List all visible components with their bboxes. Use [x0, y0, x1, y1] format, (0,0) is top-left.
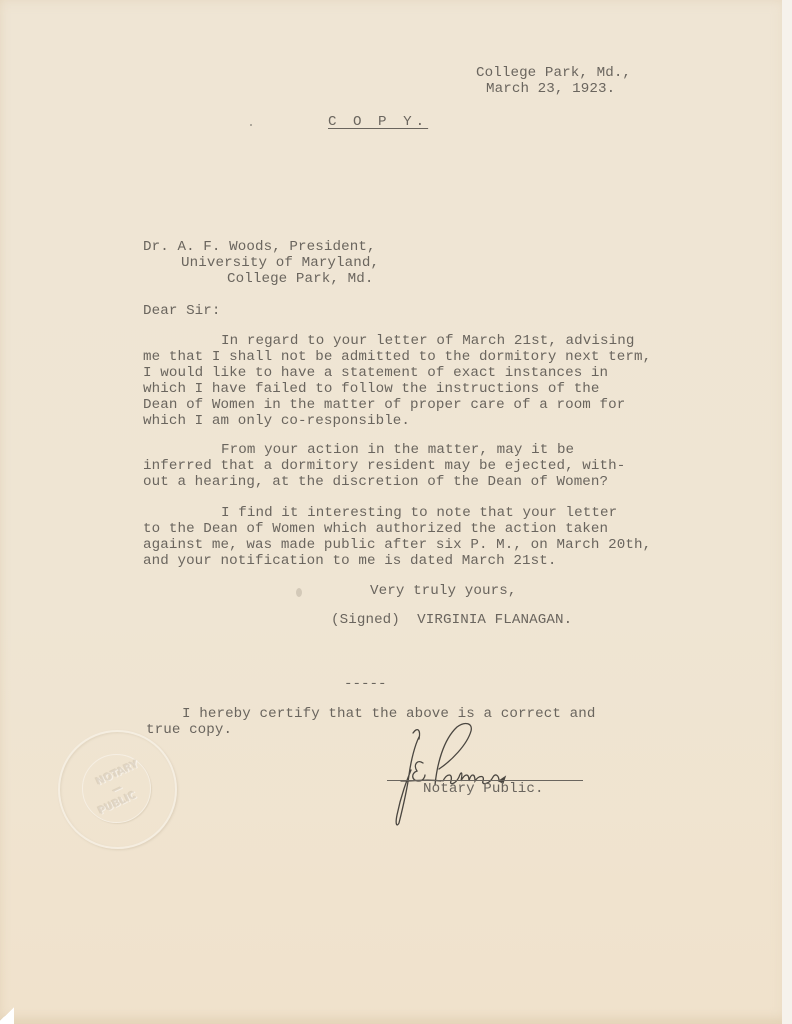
- corner-fold: [0, 1004, 14, 1024]
- certification-line-2: true copy.: [146, 723, 232, 739]
- paragraph-line: to the Dean of Women which authorized th…: [143, 522, 608, 538]
- paragraph-line: out a hearing, at the discretion of the …: [143, 475, 608, 491]
- recipient-line-1: Dr. A. F. Woods, President,: [143, 240, 376, 256]
- paragraph-line: which I have failed to follow the instru…: [143, 382, 600, 398]
- notary-signature: [385, 715, 585, 830]
- paragraph-line: I find it interesting to note that your …: [221, 506, 617, 522]
- paragraph-line: inferred that a dormitory resident may b…: [143, 459, 625, 475]
- paragraph-line: Dean of Women in the matter of proper ca…: [143, 398, 625, 414]
- heading-place: College Park, Md.,: [476, 66, 631, 82]
- notary-seal: NOTARY — PUBLIC: [58, 730, 177, 849]
- copy-title: C O P Y.: [328, 115, 428, 131]
- stray-mark: [250, 124, 252, 126]
- recipient-line-3: College Park, Md.: [227, 272, 373, 288]
- paragraph-line: I would like to have a statement of exac…: [143, 366, 608, 382]
- salutation: Dear Sir:: [143, 304, 221, 320]
- signed-name: (Signed) VIRGINIA FLANAGAN.: [331, 613, 572, 629]
- paragraph-line: which I am only co-responsible.: [143, 414, 410, 430]
- paragraph-line: From your action in the matter, may it b…: [221, 443, 574, 459]
- paragraph-line: and your notification to me is dated Mar…: [143, 554, 556, 570]
- paper-edge: [782, 0, 792, 1024]
- recipient-line-2: University of Maryland,: [181, 256, 379, 272]
- ink-smudge: [296, 588, 302, 597]
- heading-date: March 23, 1923.: [486, 82, 615, 98]
- paragraph-line: against me, was made public after six P.…: [143, 538, 651, 554]
- paragraph-line: In regard to your letter of March 21st, …: [221, 334, 634, 350]
- separator: -----: [344, 677, 387, 693]
- paragraph-line: me that I shall not be admitted to the d…: [143, 350, 651, 366]
- closing: Very truly yours,: [370, 584, 516, 600]
- notary-title: Notary Public.: [423, 782, 544, 798]
